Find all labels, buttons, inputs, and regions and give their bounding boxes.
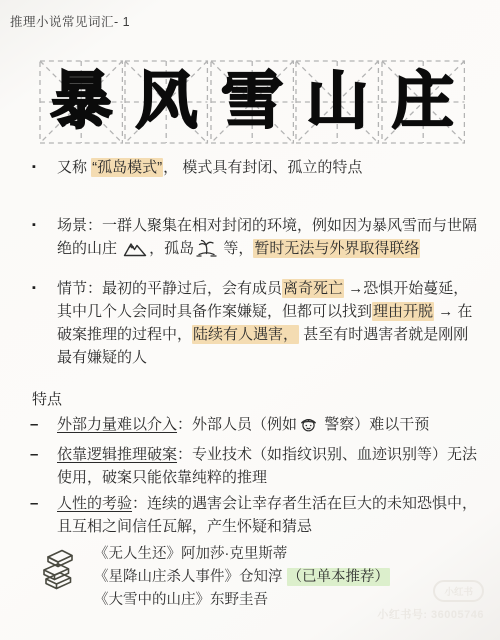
book-list: 《无人生还》阿加莎·克里斯蒂 《星降山庄杀人事件》仓知淳 （已单本推荐） 《大雪… xyxy=(94,543,390,612)
highlight-more-victims: 陆续有人遇害， xyxy=(192,325,299,344)
bullet-marker: ▪ xyxy=(32,277,57,300)
dash-marker: – xyxy=(30,413,57,436)
note-page: 推理小说常见词汇- 1 暴 风 xyxy=(0,0,500,640)
highlight-strange-death: 离奇死亡 xyxy=(282,279,344,298)
text-run: 警察）难以干预 xyxy=(320,416,429,433)
dash-marker: – xyxy=(30,443,57,466)
book-item: 《大雪中的山庄》东野圭吾 xyxy=(94,589,390,612)
watermark-id: 小红书号: 36005746 xyxy=(377,606,484,622)
title-char: 雪 xyxy=(221,71,283,133)
books-stack-icon xyxy=(36,547,78,598)
text-run: ：外部人员（例如 xyxy=(177,416,297,433)
book-title: 《大雪中的山庄》东野圭吾 xyxy=(94,592,268,608)
text-run: 等， xyxy=(219,240,253,257)
title-grid: 暴 风 雪 xyxy=(39,60,465,144)
title-char-box: 雪 xyxy=(210,60,294,144)
book-title: 《星降山庄杀人事件》仓知淳 xyxy=(94,569,287,585)
bullet-plot: ▪ 情节：最初的平静过后，会有成员离奇死亡 →恐惧开始蔓延，其中几个人会同时具备… xyxy=(0,277,500,369)
highlight-recommended-badge: （已单本推荐） xyxy=(287,568,391,586)
feature-item-human-nature: – 人性的考验：连续的遇害会让幸存者生活在巨大的未知恐惧中，且互相之间信任瓦解，… xyxy=(0,492,500,538)
mountain-icon xyxy=(123,240,147,264)
highlight-guidao-moshi: “孤岛模式” xyxy=(91,158,163,177)
title-char: 庄 xyxy=(392,71,454,133)
bullet-scene: ▪ 场景：一群人聚集在相对封闭的环境，例如因为暴风雪而与世隔绝的山庄 ，孤岛 等… xyxy=(0,214,500,264)
underlined-term: 依靠逻辑推理破案 xyxy=(57,446,177,463)
text-run: 又称 xyxy=(57,159,91,176)
title-char: 山 xyxy=(306,71,368,133)
bullet-alias: ▪ 又称 “孤岛模式”， 模式具有封闭、孤立的特点 xyxy=(0,156,500,179)
bullet-text: 情节：最初的平静过后，会有成员离奇死亡 →恐惧开始蔓延，其中几个人会同时具备作案… xyxy=(57,277,482,369)
police-icon xyxy=(299,414,318,440)
feature-text: 人性的考验：连续的遇害会让幸存者生活在巨大的未知恐惧中，且互相之间信任瓦解，产生… xyxy=(57,492,482,538)
book-item: 《星降山庄杀人事件》仓知淳 （已单本推荐） xyxy=(94,566,390,589)
island-icon xyxy=(196,238,217,264)
watermark: 小红书 小红书号: 36005746 xyxy=(377,580,484,622)
feature-item-outside-force: – 外部力量难以介入：外部人员（例如 警察）难以干预 xyxy=(0,413,500,440)
feature-text: 外部力量难以介入：外部人员（例如 警察）难以干预 xyxy=(57,413,482,440)
highlight-no-contact: 暂时无法与外界取得联络 xyxy=(253,239,420,258)
book-title: 《无人生还》阿加莎·克里斯蒂 xyxy=(94,546,287,562)
feature-text: 依靠逻辑推理破案：专业技术（如指纹识别、血迹识别等）无法使用，破案只能依靠纯粹的… xyxy=(57,443,482,489)
text-run: ， 模式具有封闭、孤立的特点 xyxy=(163,159,362,176)
title-char-box: 风 xyxy=(124,60,208,144)
note-body: ▪ 又称 “孤岛模式”， 模式具有封闭、孤立的特点 ▪ 场景：一群人聚集在相对封… xyxy=(0,150,500,538)
title-char: 暴 xyxy=(50,71,112,133)
features-heading: 特点 xyxy=(32,388,500,409)
underlined-term: 外部力量难以介入 xyxy=(57,416,177,433)
underlined-term: 人性的考验 xyxy=(57,495,132,512)
highlight-excuse: 理由开脱 xyxy=(372,302,434,321)
bullet-marker: ▪ xyxy=(32,156,57,179)
title-char-box: 山 xyxy=(295,60,379,144)
text-run: ，孤岛 xyxy=(149,240,194,257)
title-char: 风 xyxy=(136,71,198,133)
bullet-text: 场景：一群人聚集在相对封闭的环境，例如因为暴风雪而与世隔绝的山庄 ，孤岛 等，暂… xyxy=(57,214,482,264)
title-char-box: 暴 xyxy=(39,60,123,144)
dash-marker: – xyxy=(30,492,57,515)
text-run: 情节：最初的平静过后，会有成员 xyxy=(57,280,282,297)
bullet-text: 又称 “孤岛模式”， 模式具有封闭、孤立的特点 xyxy=(57,156,482,179)
bullet-marker: ▪ xyxy=(32,214,57,237)
page-title: 推理小说常见词汇- 1 xyxy=(10,12,130,30)
feature-item-logic-only: – 依靠逻辑推理破案：专业技术（如指纹识别、血迹识别等）无法使用，破案只能依靠纯… xyxy=(0,443,500,489)
xiaohongshu-badge: 小红书 xyxy=(433,580,484,602)
title-char-box: 庄 xyxy=(381,60,465,144)
book-item: 《无人生还》阿加莎·克里斯蒂 xyxy=(94,543,390,566)
